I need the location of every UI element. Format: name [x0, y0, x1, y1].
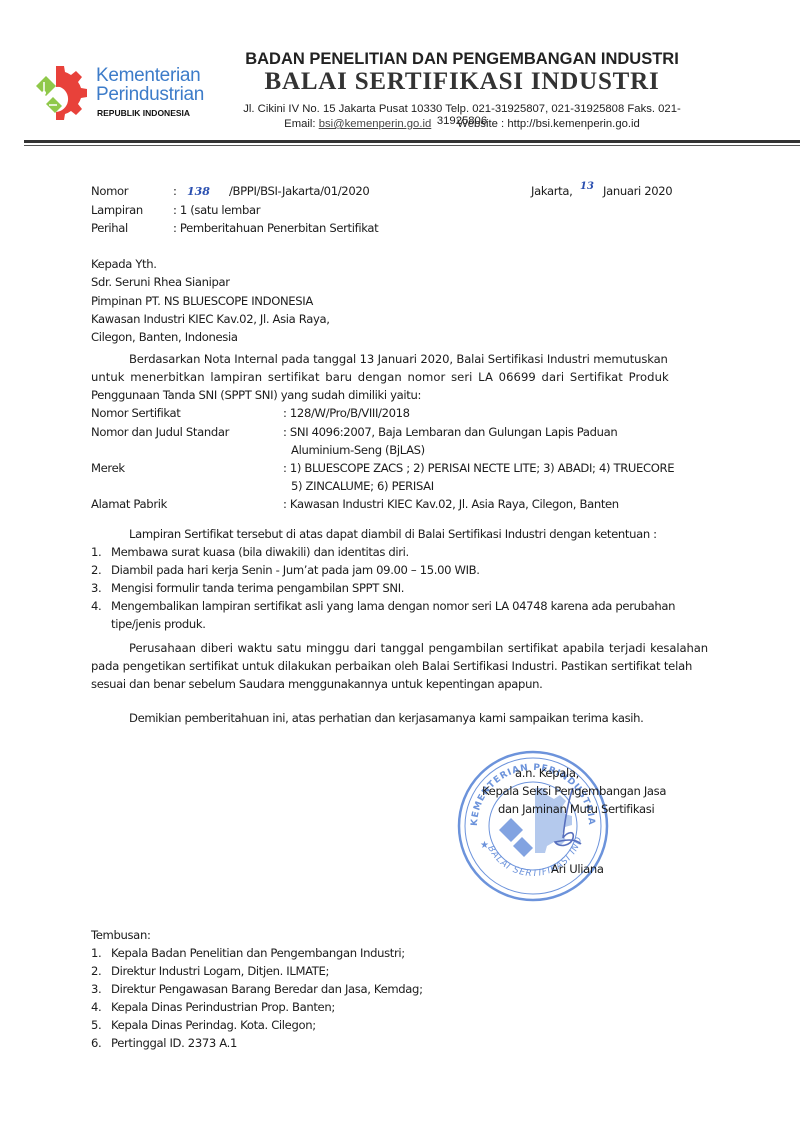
perihal-label: Perihal: [91, 221, 128, 235]
detail-label: Merek: [91, 461, 125, 475]
paragraph3-line3: sesuai dan benar sebelum Saudara menggun…: [91, 677, 542, 691]
recipient-line: Kepada Yth.: [91, 255, 330, 273]
tembusan-title: Tembusan:: [91, 928, 151, 942]
nomor-sep: :: [173, 184, 177, 198]
recipient-line: Sdr. Seruni Rhea Sianipar: [91, 273, 330, 291]
list-number: 5.: [91, 1018, 101, 1032]
lampiran-value: : 1 (satu lembar: [173, 203, 260, 217]
detail-value: : Kawasan Industri KIEC Kav.02, Jl. Asia…: [283, 497, 619, 511]
tembusan-item: Kepala Badan Penelitian dan Pengembangan…: [111, 946, 405, 960]
website-label: Website :: [457, 118, 507, 130]
nomor-label: Nomor: [91, 184, 128, 198]
institution-title: BALAI SERTIFIKASI INDUSTRI: [228, 68, 696, 96]
logo-line1: Kementerian: [96, 66, 204, 85]
list-number: 3.: [91, 982, 101, 996]
institution-contact: Email: bsi@kemenperin.go.idWebsite : htt…: [228, 118, 696, 130]
email-link[interactable]: bsi@kemenperin.go.id: [319, 118, 432, 130]
list-item: Mengembalikan lampiran sertifikat asli y…: [111, 599, 675, 613]
list-number: 4.: [91, 1000, 101, 1014]
recipient-line: Pimpinan PT. NS BLUESCOPE INDONESIA: [91, 292, 330, 310]
tembusan-item: Direktur Pengawasan Barang Beredar dan J…: [111, 982, 423, 996]
paragraph1-line1: Berdasarkan Nota Internal pada tanggal 1…: [129, 352, 668, 366]
letterhead-divider: [24, 140, 800, 143]
date-month-year: Januari 2020: [603, 184, 672, 198]
logo-line2: Perindustrian: [96, 85, 204, 104]
list-item: Membawa surat kuasa (bila diwakili) dan …: [111, 545, 409, 559]
letter-place: Jakarta,: [531, 184, 572, 198]
detail-label: Nomor dan Judul Standar: [91, 425, 229, 439]
detail-value: : 1) BLUESCOPE ZACS ; 2) PERISAI NECTE L…: [283, 461, 674, 475]
recipient-line: Kawasan Industri KIEC Kav.02, Jl. Asia R…: [91, 310, 330, 328]
detail-label: Nomor Sertifikat: [91, 406, 181, 420]
tembusan-item: Kepala Dinas Perindag. Kota. Cilegon;: [111, 1018, 316, 1032]
recipient-line: Cilegon, Banten, Indonesia: [91, 328, 330, 346]
list-number: 6.: [91, 1036, 101, 1050]
list-item-cont: tipe/jenis produk.: [111, 617, 206, 631]
lampiran-label: Lampiran: [91, 203, 143, 217]
email-label: Email:: [284, 118, 319, 130]
website-link[interactable]: http://bsi.kemenperin.go.id: [507, 118, 640, 130]
perihal-value: : Pemberitahuan Penerbitan Sertifikat: [173, 221, 378, 235]
list-number: 2.: [91, 563, 101, 577]
paragraph2-intro: Lampiran Sertifikat tersebut di atas dap…: [129, 527, 657, 541]
agency-name: BADAN PENELITIAN DAN PENGEMBANGAN INDUST…: [228, 50, 696, 69]
tembusan-item: Direktur Industri Logam, Ditjen. ILMATE;: [111, 964, 329, 978]
list-number: 4.: [91, 599, 101, 613]
detail-value: : SNI 4096:2007, Baja Lembaran dan Gulun…: [283, 425, 617, 439]
list-number: 3.: [91, 581, 101, 595]
detail-value: : 128/W/Pro/B/VIII/2018: [283, 406, 410, 420]
detail-value-cont: Aluminium-Seng (BjLAS): [291, 443, 425, 457]
list-number: 2.: [91, 964, 101, 978]
nomor-value: /BPPI/BSI-Jakarta/01/2020: [229, 184, 369, 198]
list-item: Mengisi formulir tanda terima pengambila…: [111, 581, 404, 595]
paragraph1-line3: Penggunaan Tanda SNI (SPPT SNI) yang sud…: [91, 388, 421, 402]
closing-sentence: Demikian pemberitahuan ini, atas perhati…: [129, 711, 643, 725]
letterhead-divider-thin: [24, 145, 800, 146]
paragraph3-line2: pada pengetikan sertifikat untuk dilakuk…: [91, 659, 692, 673]
list-number: 1.: [91, 545, 101, 559]
list-item: Diambil pada hari kerja Senin - Jum’at p…: [111, 563, 480, 577]
recipient-block: Kepada Yth. Sdr. Seruni Rhea Sianipar Pi…: [91, 255, 330, 346]
logo-wordmark: Kementerian Perindustrian: [96, 66, 204, 104]
signatory-name: Ari Uliana: [551, 862, 604, 876]
paragraph3-line1: Perusahaan diberi waktu satu minggu dari…: [129, 641, 708, 655]
list-number: 1.: [91, 946, 101, 960]
signature-line2: Kepala Seksi Pengembangan Jasa: [482, 784, 666, 798]
kemenperin-logo-icon: [32, 62, 90, 120]
date-handwritten: 13: [580, 181, 594, 192]
paragraph1-line2: untuk menerbitkan lampiran sertifikat ba…: [91, 370, 669, 384]
tembusan-item: Pertinggal ID. 2373 A.1: [111, 1036, 237, 1050]
signature-line1: a.n. Kepala,: [515, 766, 579, 780]
logo-subtitle: REPUBLIK INDONESIA: [97, 108, 190, 118]
svg-text:★: ★: [480, 840, 489, 851]
tembusan-item: Kepala Dinas Perindustrian Prop. Banten;: [111, 1000, 335, 1014]
detail-label: Alamat Pabrik: [91, 497, 167, 511]
detail-value-cont: 5) ZINCALUME; 6) PERISAI: [291, 479, 434, 493]
signature-line3: dan Jaminan Mutu Sertifikasi: [498, 802, 654, 816]
nomor-handwritten: 138: [187, 185, 210, 198]
